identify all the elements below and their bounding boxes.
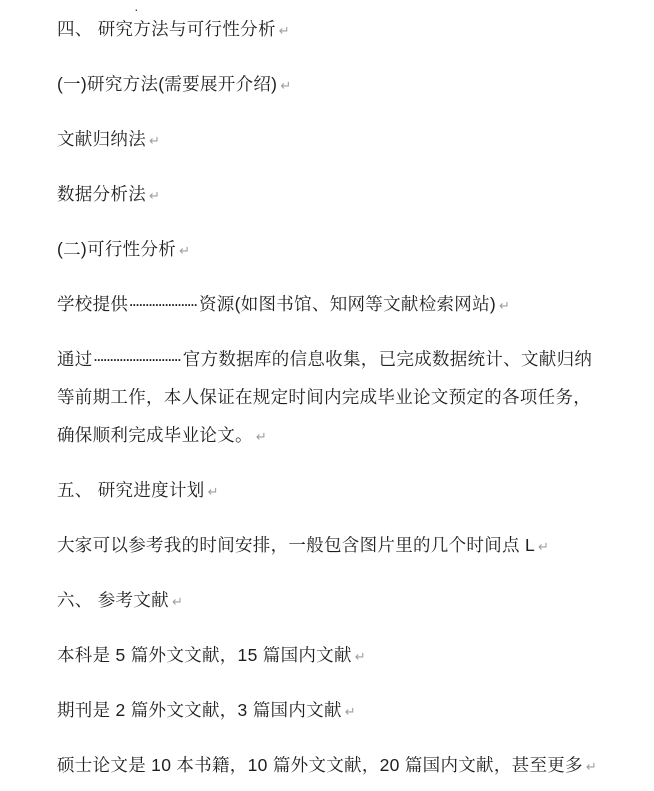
paragraph-mark-icon: ↵ — [355, 649, 366, 664]
paragraph-mark-icon: ↵ — [208, 484, 219, 499]
paragraph-mark-icon: ↵ — [279, 23, 290, 38]
paragraph-undergrad-references: 本科是 5 篇外文文献，15 篇国内文献↵ — [57, 636, 608, 676]
paragraph-mark-icon: ↵ — [538, 539, 549, 554]
paragraph-undergrad-references-text: 本科是 5 篇外文文献，15 篇国内文献 — [57, 645, 352, 665]
paragraph-literature-method-text: 文献归纳法 — [57, 129, 146, 149]
dotted-leader: ····················· — [128, 294, 196, 314]
subheading-feasibility-analysis: (二)可行性分析↵ — [57, 230, 608, 270]
paragraph-schedule-note-text: 大家可以参考我的时间安排，一般包含图片里的几个时间点 L — [57, 535, 535, 555]
paragraph-school-resources-post: 资源(如图书馆、知网等文献检索网站) — [199, 294, 496, 314]
paragraph-journal-references: 期刊是 2 篇外文文献，3 篇国内文献↵ — [57, 691, 608, 731]
paragraph-journal-references-text: 期刊是 2 篇外文文献，3 篇国内文献 — [57, 700, 342, 720]
paragraph-mark-icon: ↵ — [179, 243, 190, 258]
heading-section-four: 四、 研究方法与可行性分析↵ — [57, 10, 608, 50]
document-page: · 四、 研究方法与可行性分析↵ (一)研究方法(需要展开介绍)↵ 文献归纳法↵… — [0, 0, 654, 791]
paragraph-mark-icon: ↵ — [149, 133, 160, 148]
paragraph-literature-method: 文献归纳法↵ — [57, 120, 608, 160]
stray-dot-mark: · — [134, 2, 139, 16]
subheading-research-methods: (一)研究方法(需要展开介绍)↵ — [57, 65, 608, 105]
dotted-leader: ··························· — [93, 349, 180, 369]
paragraph-data-collection-commitment: 通过···························官方数据库的信息收集，… — [57, 340, 608, 456]
heading-section-five: 五、 研究进度计划↵ — [57, 471, 608, 511]
paragraph-mark-icon: ↵ — [256, 429, 267, 444]
paragraph-mark-icon: ↵ — [345, 704, 356, 719]
paragraph-mark-icon: ↵ — [149, 188, 160, 203]
heading-section-five-text: 五、 研究进度计划 — [57, 480, 205, 500]
paragraph-mark-icon: ↵ — [586, 759, 597, 774]
paragraph-data-analysis-method-text: 数据分析法 — [57, 184, 146, 204]
paragraph-schedule-note: 大家可以参考我的时间安排，一般包含图片里的几个时间点 L↵ — [57, 526, 608, 566]
paragraph-school-resources: 学校提供·····················资源(如图书馆、知网等文献检索… — [57, 285, 608, 325]
paragraph-school-resources-pre: 学校提供 — [57, 294, 128, 314]
heading-section-six: 六、 参考文献↵ — [57, 581, 608, 621]
subheading-feasibility-analysis-text: (二)可行性分析 — [57, 239, 176, 259]
paragraph-data-collection-pre: 通过 — [57, 349, 93, 369]
heading-section-four-text: 四、 研究方法与可行性分析 — [57, 19, 276, 39]
paragraph-mark-icon: ↵ — [172, 594, 183, 609]
paragraph-mark-icon: ↵ — [280, 78, 291, 93]
subheading-research-methods-text: (一)研究方法(需要展开介绍) — [57, 74, 277, 94]
paragraph-masters-references: 硕士论文是 10 本书籍，10 篇外文文献，20 篇国内文献，甚至更多↵ — [57, 746, 608, 786]
heading-section-six-text: 六、 参考文献 — [57, 590, 169, 610]
paragraph-mark-icon: ↵ — [499, 298, 510, 313]
paragraph-masters-references-text: 硕士论文是 10 本书籍，10 篇外文文献，20 篇国内文献，甚至更多 — [57, 755, 583, 775]
paragraph-data-analysis-method: 数据分析法↵ — [57, 175, 608, 215]
